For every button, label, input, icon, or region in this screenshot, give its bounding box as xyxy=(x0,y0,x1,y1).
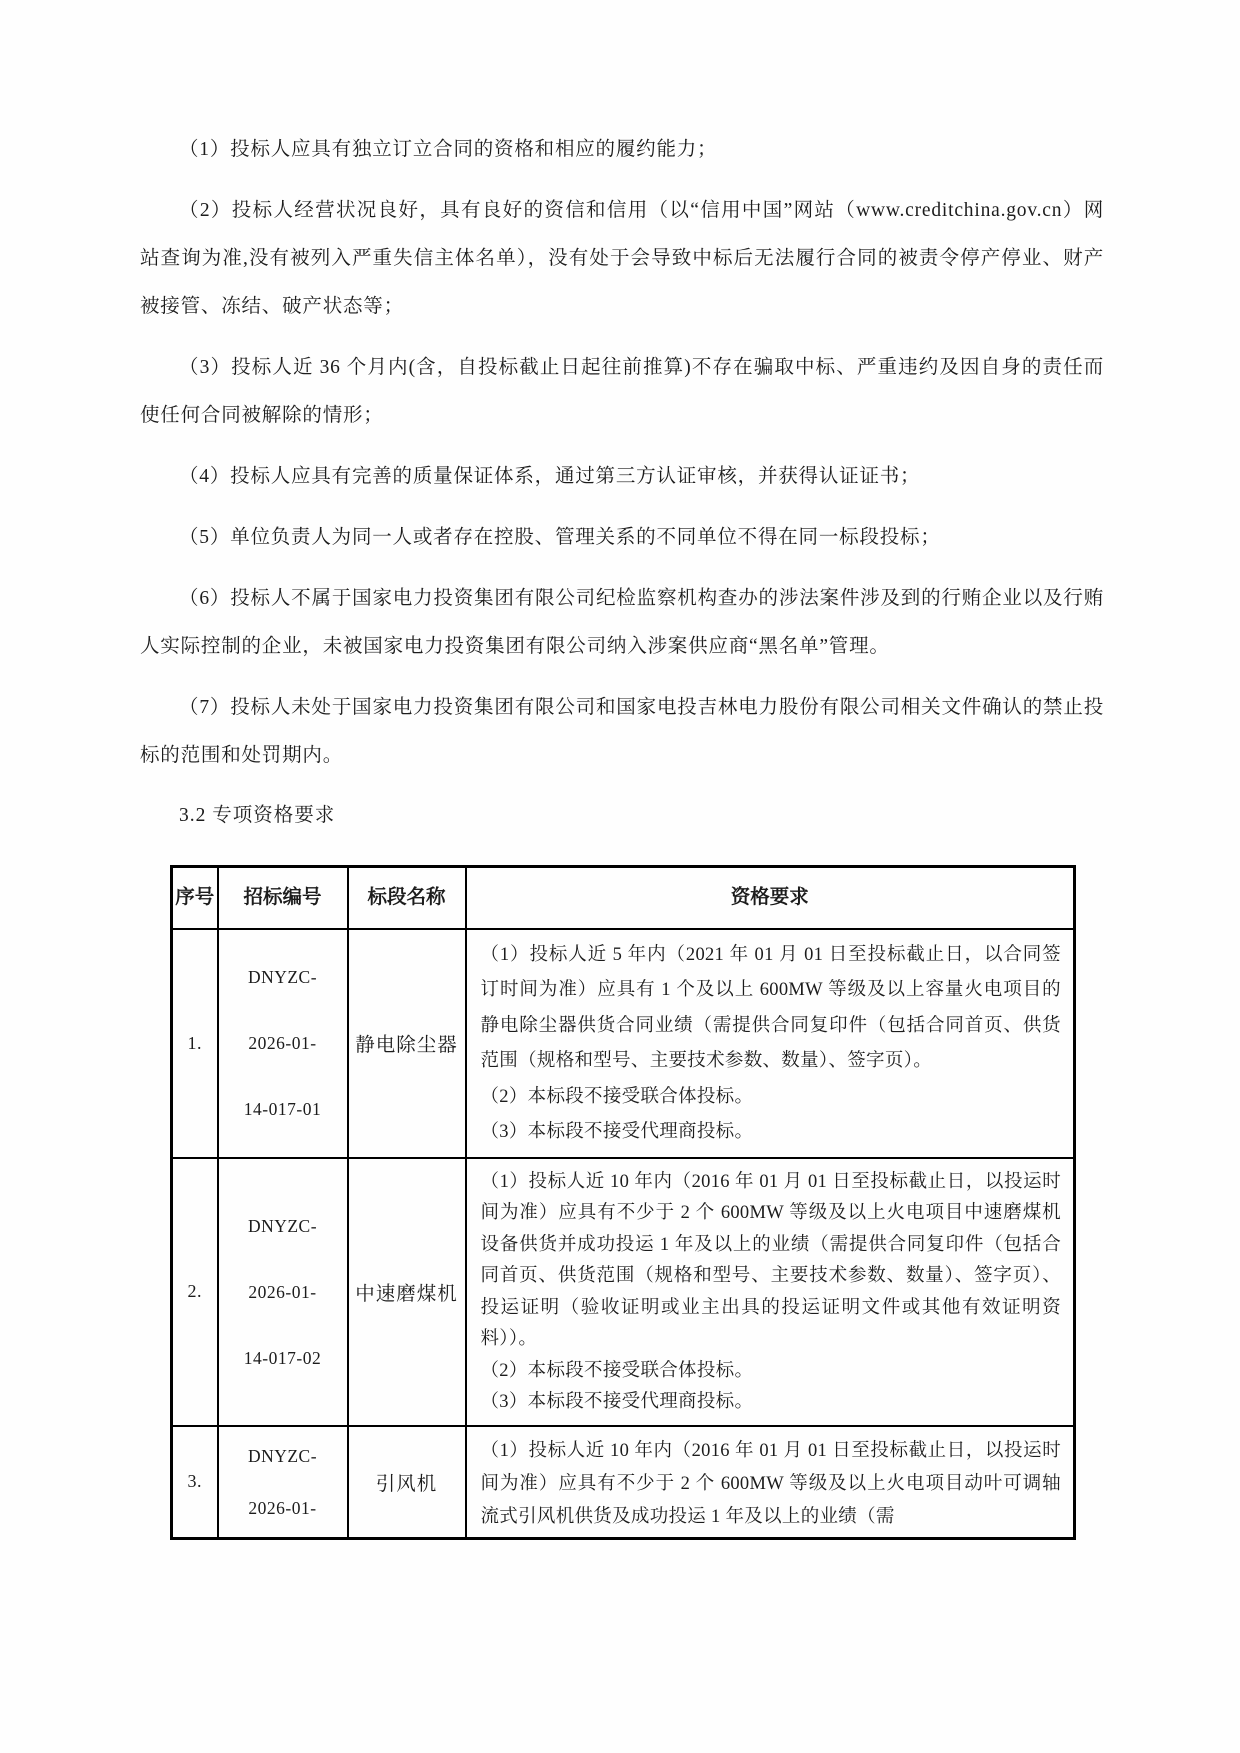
tender-code-line: 14-017-01 xyxy=(219,1076,347,1142)
col-header-seq: 序号 xyxy=(172,867,218,929)
seq-cell: 3. xyxy=(172,1426,218,1539)
table-header-row: 序号 招标编号 标段名称 资格要求 xyxy=(172,867,1075,929)
table-row: 2. DNYZC- 2026-01- 14-017-02 中速磨煤机 （1）投标… xyxy=(172,1158,1075,1426)
table-row: 1. DNYZC- 2026-01- 14-017-01 静电除尘器 （1）投标… xyxy=(172,929,1075,1158)
requirement-item: （3）本标段不接受代理商投标。 xyxy=(481,1115,1062,1151)
tender-code-line: DNYZC- xyxy=(219,1430,347,1482)
col-header-qualification: 资格要求 xyxy=(466,867,1075,929)
requirement-item: （1）投标人近 10 年内（2016 年 01 月 01 日至投标截止日，以投运… xyxy=(481,1435,1062,1531)
col-header-lot-name: 标段名称 xyxy=(348,867,466,929)
requirement-item: （2）本标段不接受联合体投标。 xyxy=(481,1356,1062,1388)
clause-4: （4）投标人应具有完善的质量保证体系，通过第三方认证审核，并获得认证证书； xyxy=(140,453,1104,501)
truncated-text-box: （1）投标人近 10 年内（2016 年 01 月 01 日至投标截止日，以投运… xyxy=(481,1435,1062,1531)
tender-code-line: 2026-01- xyxy=(219,1010,347,1076)
tender-code-line: 2026-01- xyxy=(219,1259,347,1325)
clause-5: （5）单位负责人为同一人或者存在控股、管理关系的不同单位不得在同一标段投标； xyxy=(140,514,1104,562)
requirement-item: （2）本标段不接受联合体投标。 xyxy=(481,1080,1062,1116)
col-header-tender-code: 招标编号 xyxy=(218,867,348,929)
requirements-cell: （1）投标人近 10 年内（2016 年 01 月 01 日至投标截止日，以投运… xyxy=(466,1426,1075,1539)
requirement-item: （1）投标人近 5 年内（2021 年 01 月 01 日至投标截止日，以合同签… xyxy=(481,938,1062,1080)
tender-code-line: DNYZC- xyxy=(219,944,347,1010)
section-heading: 3.2 专项资格要求 xyxy=(140,793,1104,839)
tender-code-line: DNYZC- xyxy=(219,1193,347,1259)
clause-6: （6）投标人不属于国家电力投资集团有限公司纪检监察机构查办的涉法案件涉及到的行贿… xyxy=(140,575,1104,671)
lot-name-cell: 中速磨煤机 xyxy=(348,1158,466,1426)
tender-code-cell: DNYZC- 2026-01- 14-017-01 xyxy=(218,929,348,1158)
seq-cell: 1. xyxy=(172,929,218,1158)
lot-name-cell: 引风机 xyxy=(348,1426,466,1539)
tender-code-cell: DNYZC- 2026-01- xyxy=(218,1426,348,1539)
tender-code-cell: DNYZC- 2026-01- 14-017-02 xyxy=(218,1158,348,1426)
clause-3: （3）投标人近 36 个月内(含，自投标截止日起往前推算)不存在骗取中标、严重违… xyxy=(140,344,1104,440)
requirements-cell: （1）投标人近 5 年内（2021 年 01 月 01 日至投标截止日，以合同签… xyxy=(466,929,1075,1158)
requirement-item: （3）本标段不接受代理商投标。 xyxy=(481,1387,1062,1419)
tender-code-line: 14-017-02 xyxy=(219,1325,347,1391)
requirements-cell: （1）投标人近 10 年内（2016 年 01 月 01 日至投标截止日，以投运… xyxy=(466,1158,1075,1426)
seq-cell: 2. xyxy=(172,1158,218,1426)
lot-name-cell: 静电除尘器 xyxy=(348,929,466,1158)
clause-2: （2）投标人经营状况良好，具有良好的资信和信用（以“信用中国”网站（www.cr… xyxy=(140,187,1104,331)
clause-1: （1）投标人应具有独立订立合同的资格和相应的履约能力； xyxy=(140,126,1104,174)
clause-7: （7）投标人未处于国家电力投资集团有限公司和国家电投吉林电力股份有限公司相关文件… xyxy=(140,684,1104,780)
tender-code-line: 2026-01- xyxy=(219,1482,347,1534)
document-page: （1）投标人应具有独立订立合同的资格和相应的履约能力； （2）投标人经营状况良好… xyxy=(0,0,1240,1753)
requirement-item: （1）投标人近 10 年内（2016 年 01 月 01 日至投标截止日，以投运… xyxy=(481,1167,1062,1356)
qualification-table: 序号 招标编号 标段名称 资格要求 1. DNYZC- 2026-01- 14-… xyxy=(170,865,1076,1540)
table-row-truncated: 3. DNYZC- 2026-01- 引风机 （1）投标人近 10 年内（201… xyxy=(172,1426,1075,1539)
